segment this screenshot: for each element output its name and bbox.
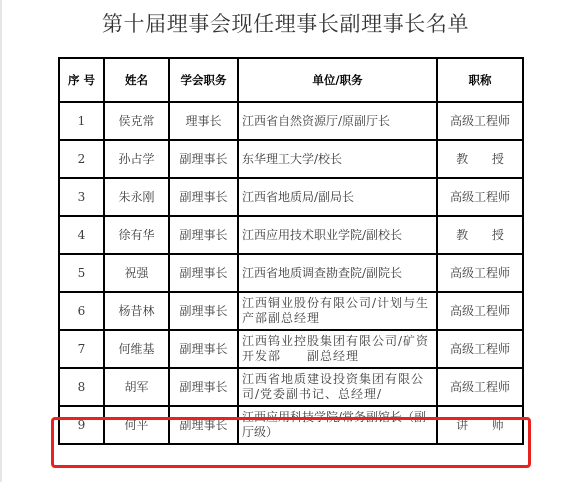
cell-name: 孙占学 — [104, 140, 169, 178]
cell-seq: 6 — [59, 292, 104, 330]
cell-professional-title: 讲 师 — [437, 406, 523, 444]
cell-society-role: 副理事长 — [169, 368, 238, 406]
header-name: 姓名 — [104, 58, 169, 102]
cell-name: 祝强 — [104, 254, 169, 292]
cell-professional-title: 高级工程师 — [437, 368, 523, 406]
table-row: 8 胡军 副理事长 江西省地质建设投资集团有限公司/党委副书记、总经理/ 高级工… — [59, 368, 523, 406]
cell-seq: 3 — [59, 178, 104, 216]
table-row: 3 朱永刚 副理事长 江西省地质局/副局长 高级工程师 — [59, 178, 523, 216]
council-members-table: 序 号 姓名 学会职务 单位/职务 职称 1 侯克常 理事长 江西省自然资源厅/… — [58, 57, 524, 445]
cell-society-role: 副理事长 — [169, 254, 238, 292]
cell-name: 何维基 — [104, 330, 169, 368]
table-row: 6 杨昔林 副理事长 江西铜业股份有限公司/计划与生产部副总经理 高级工程师 — [59, 292, 523, 330]
cell-unit-position: 江西省地质建设投资集团有限公司/党委副书记、总经理/ — [238, 368, 437, 406]
cell-unit-position: 江西应用科技学院/常务副馆长（副厅级） — [238, 406, 437, 444]
header-unit-position: 单位/职务 — [238, 58, 437, 102]
table-header-row: 序 号 姓名 学会职务 单位/职务 职称 — [59, 58, 523, 102]
document-title: 第十届理事会现任理事长副理事长名单 — [0, 10, 571, 38]
cell-name: 杨昔林 — [104, 292, 169, 330]
cell-name: 徐有华 — [104, 216, 169, 254]
cell-professional-title: 高级工程师 — [437, 102, 523, 140]
cell-name: 朱永刚 — [104, 178, 169, 216]
cell-name: 何平 — [104, 406, 169, 444]
cell-seq: 7 — [59, 330, 104, 368]
cell-seq: 2 — [59, 140, 104, 178]
table-row: 4 徐有华 副理事长 江西应用技术职业学院/副校长 教 授 — [59, 216, 523, 254]
cell-professional-title: 高级工程师 — [437, 330, 523, 368]
header-professional-title: 职称 — [437, 58, 523, 102]
header-society-role: 学会职务 — [169, 58, 238, 102]
table-row: 7 何维基 副理事长 江西钨业控股集团有限公司/矿资开发部 副总经理 高级工程师 — [59, 330, 523, 368]
cell-society-role: 副理事长 — [169, 406, 238, 444]
cell-professional-title: 教 授 — [437, 216, 523, 254]
cell-professional-title: 高级工程师 — [437, 254, 523, 292]
cell-society-role: 副理事长 — [169, 178, 238, 216]
cell-seq: 5 — [59, 254, 104, 292]
cell-society-role: 理事长 — [169, 102, 238, 140]
cell-professional-title: 高级工程师 — [437, 178, 523, 216]
cell-seq: 8 — [59, 368, 104, 406]
cell-society-role: 副理事长 — [169, 140, 238, 178]
cell-professional-title: 高级工程师 — [437, 292, 523, 330]
table-row: 1 侯克常 理事长 江西省自然资源厅/原副厅长 高级工程师 — [59, 102, 523, 140]
cell-unit-position: 江西省地质局/副局长 — [238, 178, 437, 216]
cell-society-role: 副理事长 — [169, 292, 238, 330]
cell-society-role: 副理事长 — [169, 330, 238, 368]
table-row-highlighted: 9 何平 副理事长 江西应用科技学院/常务副馆长（副厅级） 讲 师 — [59, 406, 523, 444]
cell-name: 侯克常 — [104, 102, 169, 140]
cell-unit-position: 江西应用技术职业学院/副校长 — [238, 216, 437, 254]
cell-seq: 1 — [59, 102, 104, 140]
cell-society-role: 副理事长 — [169, 216, 238, 254]
cell-professional-title: 教 授 — [437, 140, 523, 178]
page-left-edge — [0, 0, 2, 482]
table-row: 2 孙占学 副理事长 东华理工大学/校长 教 授 — [59, 140, 523, 178]
cell-unit-position: 江西省地质调查勘查院/副院长 — [238, 254, 437, 292]
cell-seq: 4 — [59, 216, 104, 254]
table-row: 5 祝强 副理事长 江西省地质调查勘查院/副院长 高级工程师 — [59, 254, 523, 292]
header-seq: 序 号 — [59, 58, 104, 102]
cell-unit-position: 江西钨业控股集团有限公司/矿资开发部 副总经理 — [238, 330, 437, 368]
cell-unit-position: 东华理工大学/校长 — [238, 140, 437, 178]
cell-unit-position: 江西省自然资源厅/原副厅长 — [238, 102, 437, 140]
cell-name: 胡军 — [104, 368, 169, 406]
cell-seq: 9 — [59, 406, 104, 444]
cell-unit-position: 江西铜业股份有限公司/计划与生产部副总经理 — [238, 292, 437, 330]
